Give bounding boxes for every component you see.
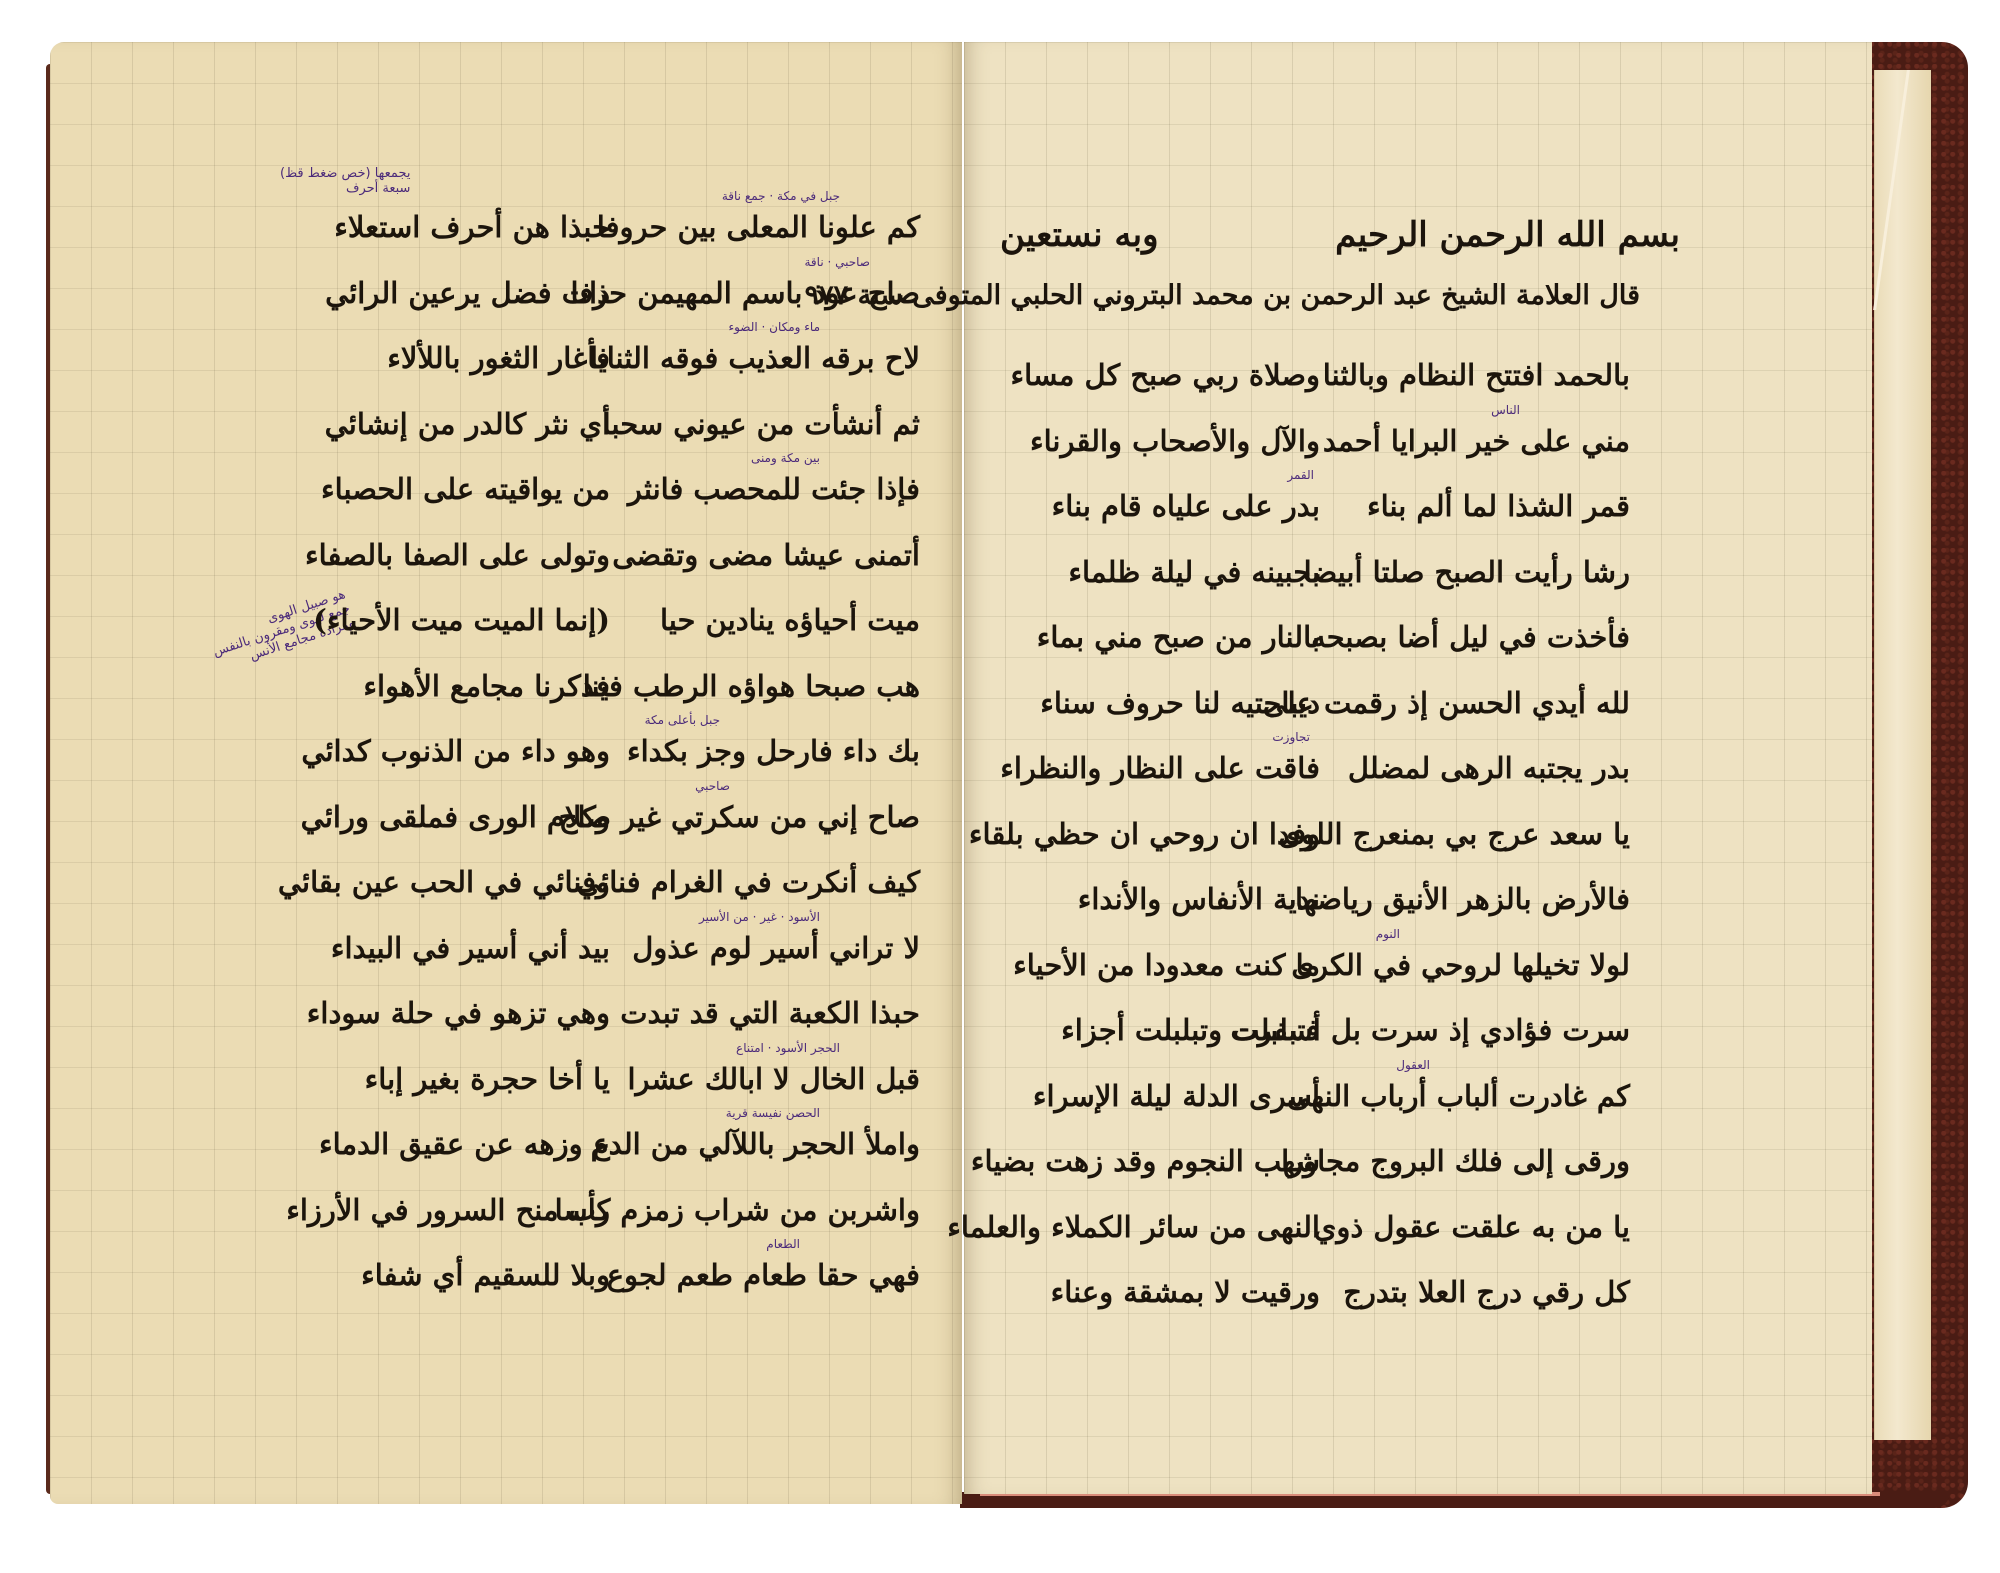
left-page-second-hemistichs: حبذا هن أحرف استعلاء ذات فضل يرعين الرائ… — [320, 195, 610, 1309]
verse-first: الحصن نفيسة قريةواملأ الحجر باللآلي من ا… — [620, 1112, 920, 1178]
verse-second: وتولى على الصفا بالصفاء — [320, 523, 610, 589]
verse-first: ماء ومكان · الضوءلاح برقه العذيب فوقه ال… — [620, 326, 920, 392]
gloss: صاحبي · ناقة — [805, 255, 871, 269]
verse-second: بيد أني أسير في البيداء — [320, 916, 610, 982]
gloss: القمر — [1287, 468, 1314, 482]
verse-second: ع وزهه عن عقيق الدماء — [320, 1112, 610, 1178]
verse-second: ندية الأنفاس والأنداء — [1030, 867, 1320, 933]
verse-first: الطعامفهي حقا طعام طعم لجوع — [620, 1243, 920, 1309]
verse-first: صاحبي · ناقةصاح عوذ باسم المهيمن حرفا — [620, 261, 920, 327]
verse-second: بجبينه في ليلة ظلماء — [1030, 540, 1320, 606]
verse-second: أي نثر كالدر من إنشائي — [320, 392, 610, 458]
verse-first: الأسود · غير · من الأسيرلا تراني أسير لو… — [620, 916, 920, 982]
verse-second: وهي تزهو في حلة سوداء — [320, 981, 610, 1047]
basmala: بسم الله الرحمن الرحيم — [1335, 215, 1680, 275]
verse-second: النهى من سائر الكملاء والعلماء — [1030, 1195, 1320, 1261]
verse-second: وكلام الورى فملقى ورائي — [320, 785, 610, 851]
gloss: الناس — [1491, 403, 1520, 417]
right-page-first-hemistichs: بالحمد افتتح النظام وبالثنا الناسمني على… — [1340, 343, 1630, 1326]
verse-first: كل رقي درج العلا بتدرج — [1340, 1260, 1630, 1326]
verse-second: أسرى الدلة ليلة الإسراء — [1030, 1064, 1320, 1130]
verse-first: العقولكم غادرت ألباب أرباب النهى — [1340, 1064, 1630, 1130]
basmala-heading: بسم الله الرحمن الرحيم وبه نستعين — [1000, 215, 1680, 275]
attribution-line: قال العلامة الشيخ عبد الرحمن بن محمد الب… — [1000, 280, 1640, 311]
verse-first: فأخذت في ليل أضا بصبحه — [1340, 605, 1630, 671]
left-page-first-hemistichs: جبل في مكة · جمع ناقةكم علونا المعلى بين… — [620, 195, 920, 1309]
paper-flap — [1874, 70, 1931, 1440]
gloss: العقول — [1396, 1058, 1430, 1072]
verse-first: كيف أنكرت في الغرام فنائي — [620, 850, 920, 916]
verse-first: بين مكة ومنىفإذا جئت للمحصب فانثر — [620, 457, 920, 523]
verse-first: الناسمني على خير البرايا أحمد — [1340, 409, 1630, 475]
verse-second: يا أخا حجرة بغير إباء — [320, 1047, 610, 1113]
verse-first: واشربن من شراب زمزم كأسا — [620, 1178, 920, 1244]
verse-first: صاحبيصاح إني من سكرتي غير صاح — [620, 785, 920, 851]
verse-second: رب منح السرور في الأرزاء — [320, 1178, 610, 1244]
verse-first: حبذا الكعبة التي قد تبدت — [620, 981, 920, 1047]
verse-first: النوملولا تخيلها لروحي في الكرى — [1340, 933, 1630, 999]
verse-second: والآل والأصحاب والقرناء — [1030, 409, 1320, 475]
verse-second: فذكرنا مجامع الأهواء — [320, 654, 610, 720]
verse-second: ذات فضل يرعين الرائي — [320, 261, 610, 327]
verse-first: ثم أنشأت من عيوني سحبا — [620, 392, 920, 458]
gloss: الحصن نفيسة قرية — [726, 1106, 820, 1120]
verse-first: الحجر الأسود · امتناعقبل الخال لا ابالك … — [620, 1047, 920, 1113]
verse-first: فالأرض بالزهر الأنيق رياضها — [1340, 867, 1630, 933]
right-page-second-hemistichs: وصلاة ربي صبح كل مساء والآل والأصحاب وال… — [1030, 343, 1320, 1326]
verse-second: فأغار الثغور باللألاء — [320, 326, 610, 392]
gloss: بين مكة ومنى — [751, 451, 820, 465]
gloss: جبل بأعلى مكة — [645, 713, 720, 727]
verse-first: جبل في مكة · جمع ناقةكم علونا المعلى بين… — [620, 195, 920, 261]
invocation: وبه نستعين — [1000, 215, 1159, 275]
gloss: تجاوزت — [1272, 730, 1310, 744]
verse-first: ميت أحياؤه ينادين حيا — [620, 588, 920, 654]
verse-first: لله أيدي الحسن إذ رقمت على — [1340, 671, 1630, 737]
verse-first: يا من به علقت عقول ذوي — [1340, 1195, 1630, 1261]
verse-second: بالنار من صبح مني بماء — [1030, 605, 1320, 671]
verse-second: تجاوزتفاقت على النظار والنظراء — [1030, 736, 1320, 802]
verse-second: القمربدر على علياه قام بناء — [1030, 474, 1320, 540]
margin-note-top: يجمعها (خص ضغط قظ) سبعة أحرف — [280, 166, 410, 196]
verse-first: بدر يجتبه الرهى لمضلل — [1340, 736, 1630, 802]
verse-first: يا سعد عرج بي بمنعرج اللوى — [1340, 802, 1630, 868]
gloss: صاحبي — [695, 779, 730, 793]
verse-second: وبلا للسقيم أي شفاء — [320, 1243, 610, 1309]
verse-first: رشا رأيت الصبح صلتا أبيضا — [1340, 540, 1630, 606]
verse-second: ديباجتيه لنا حروف سناء — [1030, 671, 1320, 737]
verse-second: وصلاة ربي صبح كل مساء — [1030, 343, 1320, 409]
verse-first: ورقى إلى فلك البروج مجاورا — [1340, 1129, 1630, 1195]
gloss: جبل في مكة · جمع ناقة — [722, 189, 840, 203]
verse-first: سرت فؤادي إذ سرت بل أسفرت — [1340, 998, 1630, 1064]
verse-first: قمر الشذا لما ألم بناء — [1340, 474, 1630, 540]
verse-second: ورقيت لا بمشقة وعناء — [1030, 1260, 1320, 1326]
verse-second: ما كنت معدودا من الأحياء — [1030, 933, 1320, 999]
gloss: النوم — [1376, 927, 1400, 941]
verse-first: بالحمد افتتح النظام وبالثنا — [1340, 343, 1630, 409]
verse-first: جبل بأعلى مكةبك داء فارحل وجز بكداء — [620, 719, 920, 785]
verse-second: فتبلبلت وتبلبلت أجزاء — [1030, 998, 1320, 1064]
verse-first: هب صبحا هواؤه الرطب فينا — [620, 654, 920, 720]
gloss: الحجر الأسود · امتناع — [736, 1041, 840, 1055]
gloss: الأسود · غير · من الأسير — [699, 910, 820, 924]
verse-second: وفنائي في الحب عين بقائي — [320, 850, 610, 916]
verse-second: وهو داء من الذنوب كدائي — [320, 719, 610, 785]
verse-second: حبذا هن أحرف استعلاء — [320, 195, 610, 261]
gloss: الطعام — [766, 1237, 800, 1251]
verse-first: أتمنى عيشا مضى وتقضى — [620, 523, 920, 589]
gloss: ماء ومكان · الضوء — [728, 320, 820, 334]
verse-second: (إنما الميت ميت الأحياء) — [320, 588, 610, 654]
verse-second: من يواقيته على الحصباء — [320, 457, 610, 523]
verse-second: وفدا ان روحي ان حظي بلقاء — [1030, 802, 1320, 868]
verse-second: شهب النجوم وقد زهت بضياء — [1030, 1129, 1320, 1195]
